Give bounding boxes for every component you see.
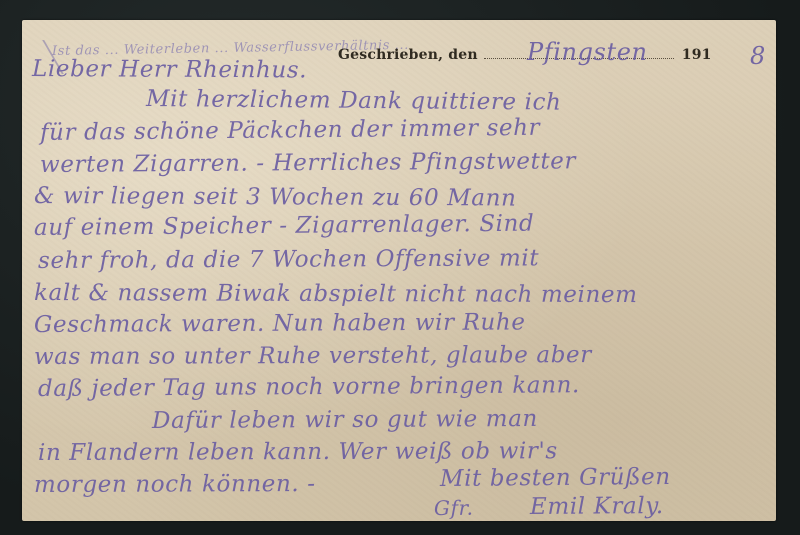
letter-line-4: & wir liegen seit 3 Wochen zu 60 Mann — [34, 183, 517, 212]
letter-line-8: Geschmack waren. Nun haben wir Ruhe — [34, 309, 526, 338]
printed-year-prefix: 191 — [682, 47, 712, 63]
handwritten-date: Pfingsten — [527, 38, 648, 66]
salutation: Lieber Herr Rheinhus. — [32, 56, 307, 83]
printed-date-header: Geschrieben, den 191 — [338, 46, 712, 63]
letter-line-10: daß jeder Tag uns noch vorne bringen kan… — [38, 372, 580, 402]
letter-line-9: was man so unter Ruhe versteht, glaube a… — [34, 342, 592, 370]
letter-line-11: Dafür leben wir so gut wie man — [152, 406, 538, 434]
postcard: Ist das ... Weiterleben ... Wasserflussv… — [22, 20, 776, 521]
letter-line-6: sehr froh, da die 7 Wochen Offensive mit — [38, 245, 539, 274]
printed-label: Geschrieben, den — [338, 47, 478, 63]
letter-line-12: in Flandern leben kann. Wer weiß ob wir'… — [38, 438, 558, 466]
letter-line-2: für das schöne Päckchen der immer sehr — [40, 115, 540, 146]
letter-line-3: werten Zigarren. - Herrliches Pfingstwet… — [40, 148, 576, 178]
letter-line-13: morgen noch können. - — [34, 471, 316, 498]
letter-line-7: kalt & nassem Biwak abspielt nicht nach … — [34, 280, 638, 308]
letter-line-5: auf einem Speicher - Zigarrenlager. Sind — [34, 211, 535, 241]
handwritten-year-digit: 8 — [750, 42, 766, 70]
closing: Mit besten Grüßen — [440, 464, 671, 492]
signature-prefix: Gfr. — [434, 496, 474, 520]
signature: Emil Kraly. — [530, 493, 664, 520]
letter-line-1: Mit herzlichem Dank quittiere ich — [146, 86, 562, 116]
